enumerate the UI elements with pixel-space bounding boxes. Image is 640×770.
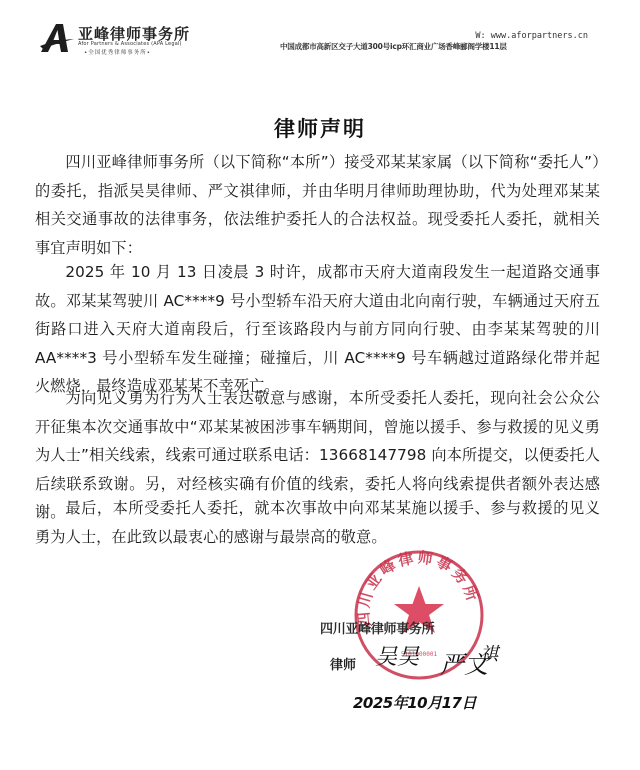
firm-logo: 亚峰律师事务所 Afor Partners & Associates (APA … xyxy=(40,22,200,58)
firm-name-en: Afor Partners & Associates (APA Legal) xyxy=(78,41,182,47)
paragraph-intro: 四川亚峰律师事务所（以下简称“本所”）接受邓某某家属（以下简称“委托人”）的委托… xyxy=(35,148,600,262)
paragraph-closing: 最后，本所受委托人委托，就本次事故中向邓某某施以援手、参与救援的见义勇为人士，在… xyxy=(35,494,600,551)
handwritten-signature: 祺 xyxy=(480,640,498,666)
paragraph-text: 四川亚峰律师事务所（以下简称“本所”）接受邓某某家属（以下简称“委托人”）的委托… xyxy=(35,148,600,262)
lawyer-label: 律师 xyxy=(330,654,356,673)
apa-a-logo-icon xyxy=(40,22,76,56)
firm-signature-line: 四川亚峰律师事务所 xyxy=(320,618,434,637)
paragraph-text: 最后，本所受委托人委托，就本次事故中向邓某某施以援手、参与救援的见义勇为人士，在… xyxy=(35,494,600,551)
handwritten-signature: 吴昊 xyxy=(375,640,419,671)
document-title: 律师声明 xyxy=(0,113,640,143)
signature-date: 2025年10月17日 xyxy=(353,692,476,713)
letterhead: 亚峰律师事务所 Afor Partners & Associates (APA … xyxy=(0,0,640,70)
website-text: W: www.aforpartners.cn xyxy=(475,31,588,41)
paragraph-accident: 2025 年 10 月 13 日凌晨 3 时许，成都市天府大道南段发生一起道路交… xyxy=(35,258,600,401)
firm-subtitle: •全国优秀律师事务所• xyxy=(84,48,151,56)
paragraph-text: 2025 年 10 月 13 日凌晨 3 时许，成都市天府大道南段发生一起道路交… xyxy=(35,258,600,401)
address-text: 中国成都市高新区交子大道300号icp环汇商业广场香峰郦阁学楼11层 xyxy=(280,41,507,52)
